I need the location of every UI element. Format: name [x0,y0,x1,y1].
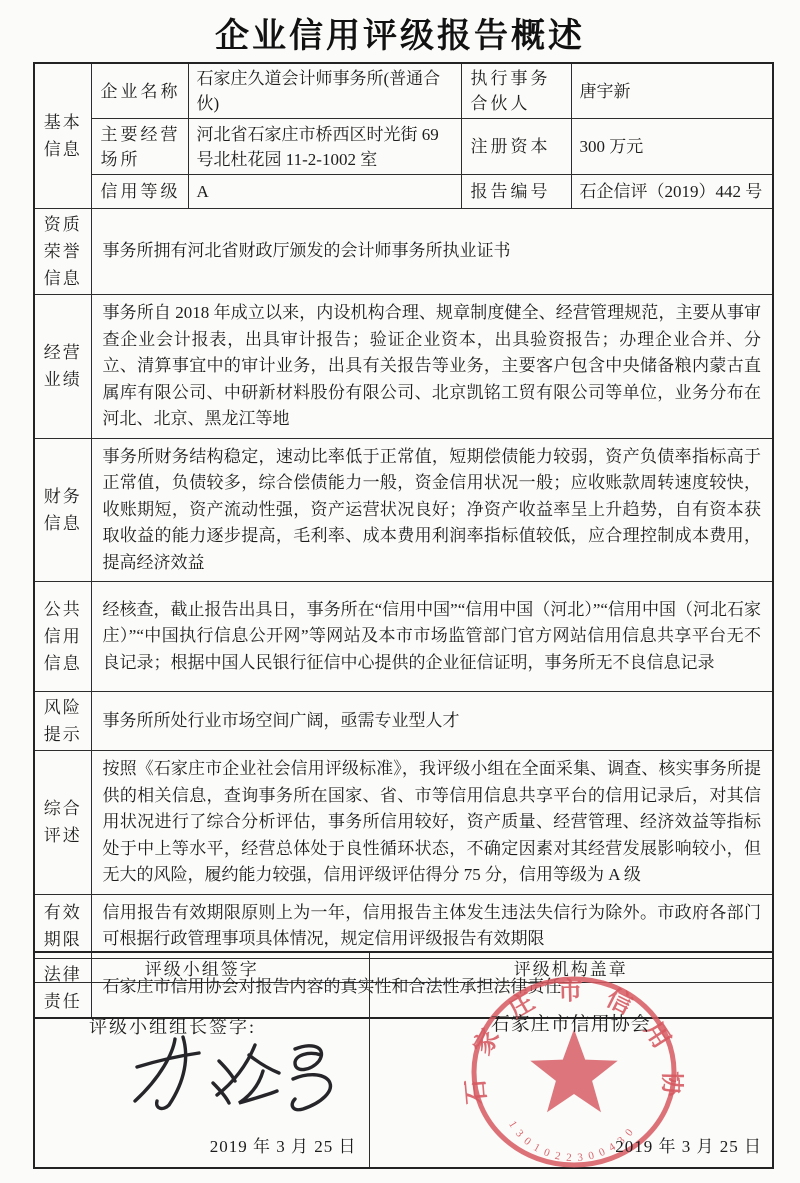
table-row: 公共信用信息 经核查，截止报告出具日，事务所在“信用中国”“信用中国（河北）”“… [34,582,773,692]
section-label-qualification: 资质荣誉信息 [34,209,91,295]
company-name-label: 企业名称 [91,63,188,119]
agency-seal-date: 2019 年 3 月 25 日 [615,1132,762,1157]
association-name-text: 石家庄市信用协会 [370,1009,773,1036]
agency-seal-cell: 石家庄市信用协会 1301022300430 石家庄市信用协会 2019 年 3… [369,983,773,1168]
section-content-qualification: 事务所拥有河北省财政厅颁发的会计师事务所执业证书 [91,209,773,295]
section-label-public-credit: 公共信用信息 [34,582,91,692]
executive-partner-label: 执行事务合伙人 [461,63,571,119]
credit-grade-value: A [188,175,461,209]
table-row: 主要经营场所 河北省石家庄市桥西区时光街 69 号北杜花园 11-2-1002 … [34,119,773,175]
credit-grade-label: 信用等级 [91,175,188,209]
section-label-performance: 经营业绩 [34,295,91,439]
registered-capital-label: 注册资本 [461,119,571,175]
section-content-validity: 信用报告有效期限原则上为一年，信用报告主体发生违法失信行为除外。市政府各部门可根… [91,894,773,958]
business-place-value: 河北省石家庄市桥西区时光街 69 号北杜花园 11-2-1002 室 [188,119,461,175]
table-row: 财务信息 事务所财务结构稳定，速动比率低于正常值，短期偿债能力较弱，资产负债率指… [34,438,773,582]
section-content-public-credit: 经核查，截止报告出具日，事务所在“信用中国”“信用中国（河北）”“信用中国（河北… [91,582,773,692]
registered-capital-value: 300 万元 [571,119,773,175]
section-label-finance: 财务信息 [34,438,91,582]
team-signature-cell: 评级小组组长签字: 2019 年 3 月 2 [34,983,369,1168]
section-content-summary: 按照《石家庄市企业社会信用评级标准》，我评级小组在全面采集、调查、核实事务所提供… [91,751,773,895]
page-title: 企业信用评级报告概述 [0,8,800,57]
section-label-summary: 综合评述 [34,751,91,895]
section-label-risk: 风险提示 [34,692,91,751]
report-number-label: 报告编号 [461,175,571,209]
seal-star-icon [530,1029,617,1112]
team-signature-header: 评级小组签字 [34,952,369,983]
section-content-finance: 事务所财务结构稳定，速动比率低于正常值，短期偿债能力较弱，资产负债率指标高于正常… [91,438,773,582]
business-place-label: 主要经营场所 [91,119,188,175]
section-label-validity: 有效期限 [34,894,91,958]
table-row: 有效期限 信用报告有效期限原则上为一年，信用报告主体发生违法失信行为除外。市政府… [34,894,773,958]
table-row: 经营业绩 事务所自 2018 年成立以来，内设机构合理、规章制度健全、经营管理规… [34,295,773,439]
table-row: 信用等级 A 报告编号 石企信评（2019）442 号 [34,175,773,209]
table-row: 基本信息 企业名称 石家庄久道会计师事务所(普通合伙) 执行事务合伙人 唐宇新 [34,63,773,119]
handwritten-signature [123,1031,353,1113]
table-row: 评级小组组长签字: 2019 年 3 月 2 [34,983,773,1168]
company-name-value: 石家庄久道会计师事务所(普通合伙) [188,63,461,119]
basic-info-label: 基本信息 [34,63,91,209]
signature-table: 评级小组签字 评级机构盖章 评级小组组长签字: [33,951,774,1169]
section-content-risk: 事务所所处行业市场空间广阔，亟需专业型人才 [91,692,773,751]
table-row: 资质荣誉信息 事务所拥有河北省财政厅颁发的会计师事务所执业证书 [34,209,773,295]
executive-partner-value: 唐宇新 [571,63,773,119]
report-table: 基本信息 企业名称 石家庄久道会计师事务所(普通合伙) 执行事务合伙人 唐宇新 … [33,62,774,1019]
table-row: 风险提示 事务所所处行业市场空间广阔，亟需专业型人才 [34,692,773,751]
table-row: 综合评述 按照《石家庄市企业社会信用评级标准》，我评级小组在全面采集、调查、核实… [34,751,773,895]
section-content-performance: 事务所自 2018 年成立以来，内设机构合理、规章制度健全、经营管理规范，主要从… [91,295,773,439]
report-number-value: 石企信评（2019）442 号 [571,175,773,209]
team-signature-date: 2019 年 3 月 25 日 [210,1132,357,1157]
report-page: 企业信用评级报告概述 基本信息 企业名称 石家庄久道会计师事务所(普通合伙) 执… [0,0,800,1183]
